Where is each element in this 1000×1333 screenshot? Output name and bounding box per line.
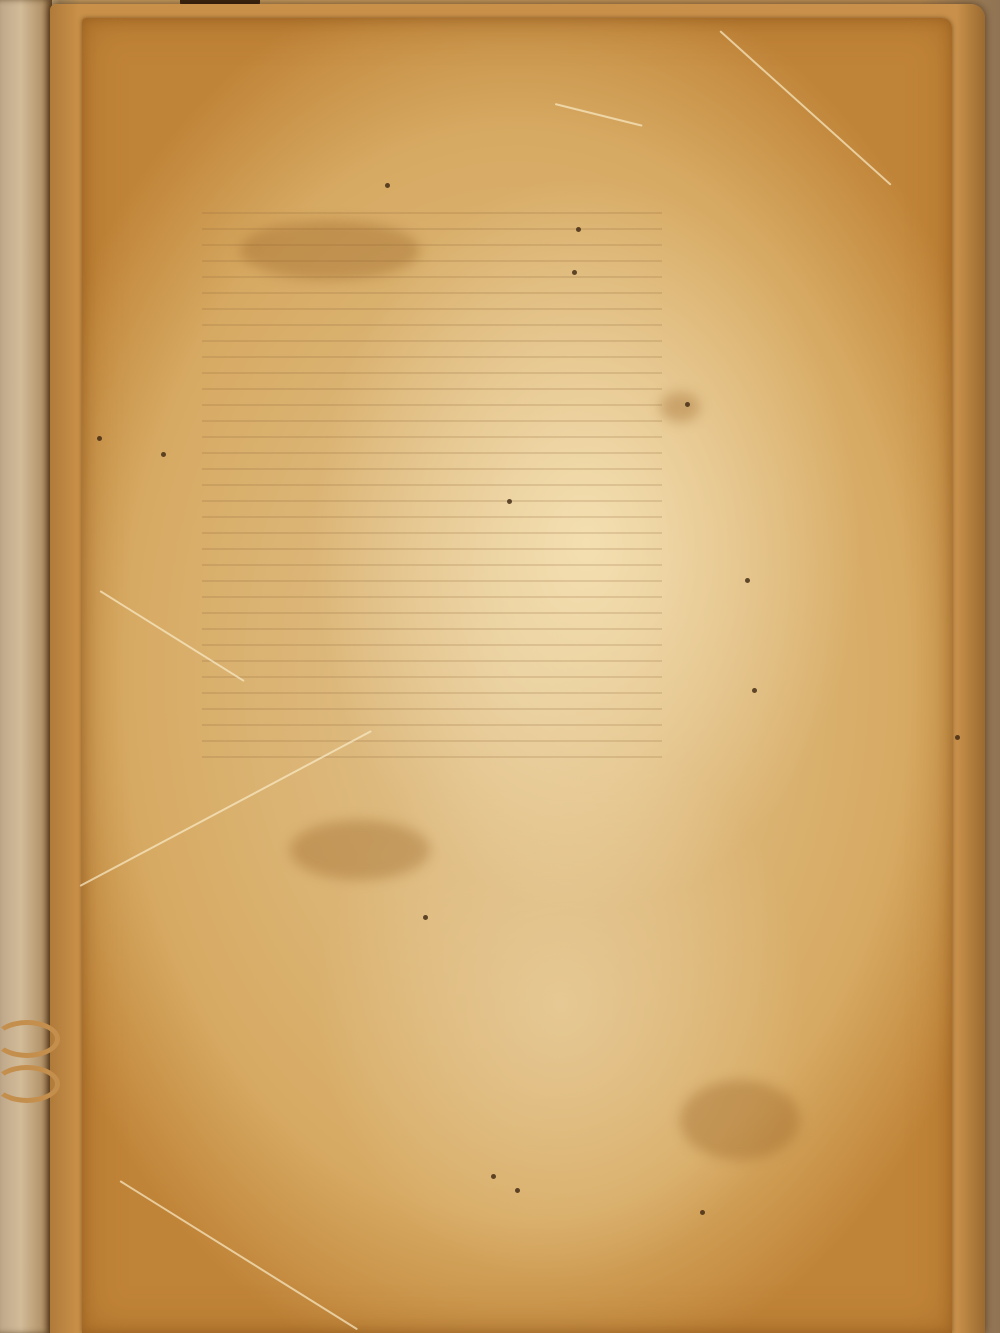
ink-speck (745, 578, 750, 583)
stain (660, 392, 700, 422)
faded-ruled-lines (202, 198, 662, 758)
ink-speck (161, 452, 166, 457)
ink-speck (423, 915, 428, 920)
parchment-scene (0, 0, 1000, 1333)
ink-speck (385, 183, 390, 188)
ink-speck (685, 402, 690, 407)
book-binding-strip (0, 0, 52, 1333)
blank-parchment-page (82, 18, 952, 1333)
ink-speck (515, 1188, 520, 1193)
stain (290, 820, 430, 880)
ink-speck (955, 735, 960, 740)
stain (240, 220, 420, 280)
stain (680, 1080, 800, 1160)
ink-speck (700, 1210, 705, 1215)
ink-speck (97, 436, 102, 441)
ink-speck (572, 270, 577, 275)
ink-speck (752, 688, 757, 693)
ink-speck (507, 499, 512, 504)
ink-speck (491, 1174, 496, 1179)
ink-speck (576, 227, 581, 232)
